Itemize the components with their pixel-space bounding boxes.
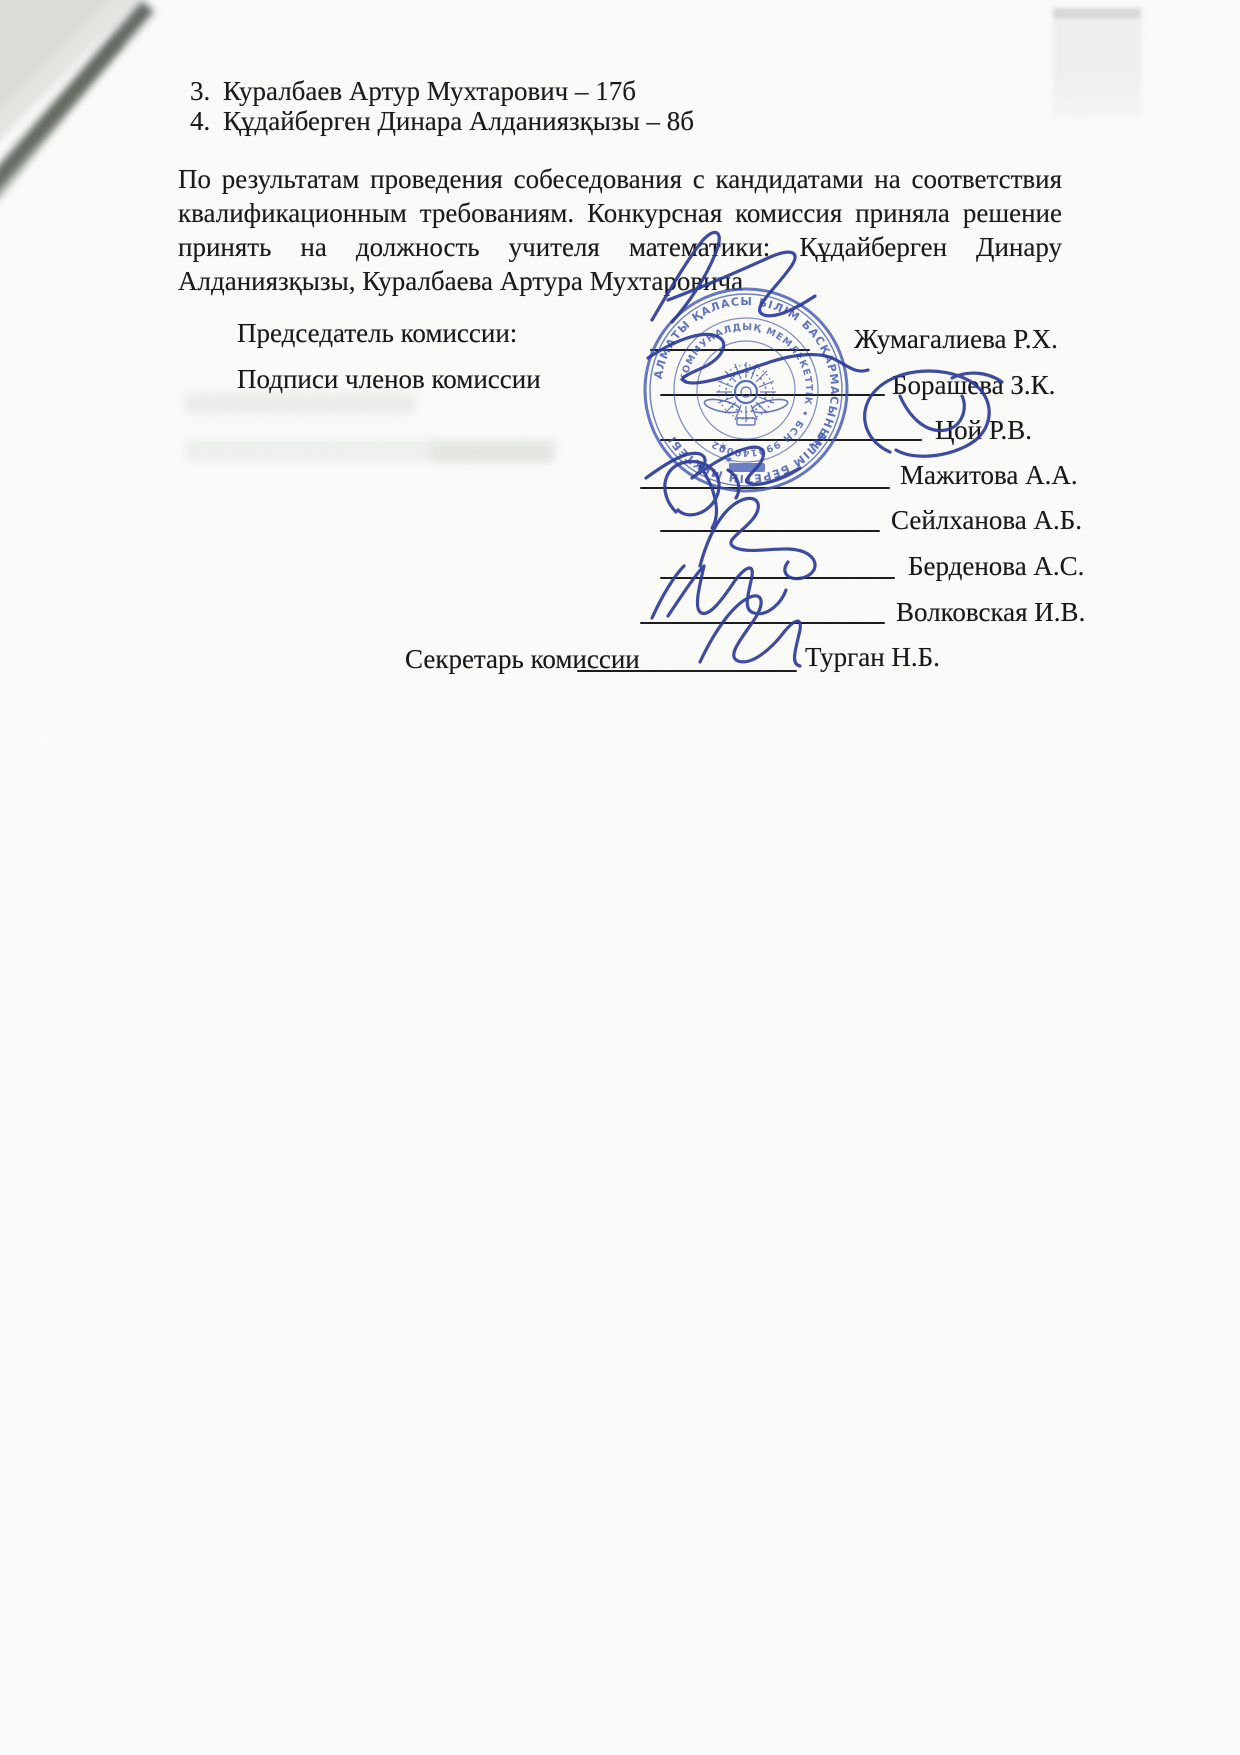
signature-ink-borasheva (648, 334, 868, 383)
chairman-label: Председатель комиссии: (237, 318, 517, 349)
svg-text:БІЛІМ БЕРЕТІН МЕКТЕБІ: БІЛІМ БЕРЕТІН МЕКТЕБІ (665, 429, 829, 485)
signatory-name: Мажитова А.А. (900, 460, 1078, 491)
bleed-through-mark (185, 438, 555, 462)
signature-line (640, 622, 885, 624)
signatory-name: Берденова А.С. (908, 551, 1084, 582)
svg-text:АЛМАТЫ ҚАЛАСЫ БІЛІМ БАСҚАРМАСЫ: АЛМАТЫ ҚАЛАСЫ БІЛІМ БАСҚАРМАСЫНЫҢ (652, 295, 841, 453)
list-item: 4.Құдайберген Динара Алданиязқызы – 8б (190, 106, 694, 137)
stamp-ring-text-top: АЛМАТЫ ҚАЛАСЫ БІЛІМ БАСҚАРМАСЫНЫҢ (652, 295, 841, 453)
signature-ink-turgan (700, 596, 800, 666)
document-page: 3.Куралбаев Артур Мухтарович – 17б 4.Құд… (0, 0, 1240, 1755)
list-item-text: Куралбаев Артур Мухтарович – 17б (223, 76, 636, 106)
bleed-through-mark (430, 443, 555, 463)
signature-line (577, 670, 797, 672)
signature-ink-mazhitova (646, 447, 800, 484)
signature-line (660, 530, 880, 532)
decision-paragraph: По результатам проведения собеседования … (178, 162, 1062, 298)
stamp-ribbon (729, 463, 765, 472)
signature-line (640, 487, 890, 489)
signature-ink-seylkhanova (665, 461, 739, 528)
signatory-name: Жумагалиева Р.Х. (854, 324, 1058, 355)
list-item-text: Құдайберген Динара Алданиязқызы – 8б (223, 106, 694, 136)
signatory-name: Сейлханова А.Б. (891, 505, 1082, 536)
svg-text:КОММУНАЛДЫҚ МЕМЛЕКЕТТІК • БСН: КОММУНАЛДЫҚ МЕМЛЕКЕТТІК • БСН 990140002 (678, 322, 814, 458)
official-stamp: АЛМАТЫ ҚАЛАСЫ БІЛІМ БАСҚАРМАСЫНЫҢ БІЛІМ … (641, 285, 851, 495)
signature-line (660, 394, 885, 396)
signatory-name: Цой Р.В. (935, 415, 1032, 446)
signatory-name: Волковская И.В. (896, 597, 1085, 628)
signatory-name: Борашева З.К. (892, 370, 1055, 401)
stamp-star-icon: ✶ (718, 440, 728, 454)
scan-smudge (1053, 8, 1141, 118)
signature-ink-berdenova (700, 498, 815, 578)
list-item: 3.Куралбаев Артур Мухтарович – 17б (190, 76, 636, 107)
signature-line (660, 577, 895, 579)
signature-line (650, 349, 810, 351)
list-item-number: 3. (190, 76, 223, 107)
signature-ink-volkovskaya (652, 566, 786, 618)
stamp-ring-text-inner: КОММУНАЛДЫҚ МЕМЛЕКЕТТІК • БСН 990140002 (678, 322, 814, 458)
stamp-star-icon: ✶ (724, 453, 734, 467)
bleed-through-mark (185, 392, 415, 414)
signature-line (660, 439, 922, 441)
stamp-ring-text-bottom: БІЛІМ БЕРЕТІН МЕКТЕБІ (665, 429, 829, 485)
signatory-name: Турган Н.Б. (805, 642, 940, 673)
list-item-number: 4. (190, 106, 223, 137)
members-label: Подписи членов комиссии (237, 364, 541, 395)
